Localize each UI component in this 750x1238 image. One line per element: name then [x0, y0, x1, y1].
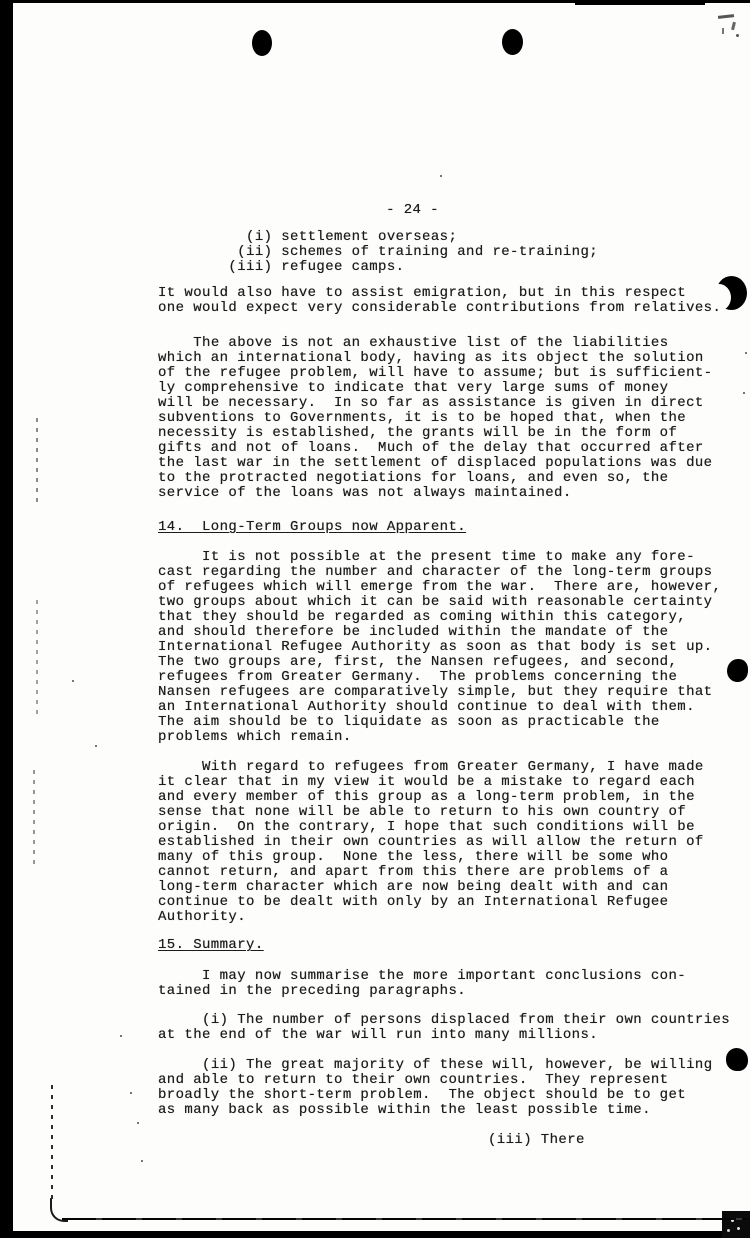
- scan-bottom-edge-bar: [0, 1231, 750, 1238]
- paragraph-liabilities: The above is not an exhaustive list of t…: [158, 336, 733, 501]
- document-text-column: - 24 - (i) settlement overseas; (ii) sch…: [158, 203, 733, 1148]
- page-edge-shadow-line: [62, 1218, 750, 1220]
- scan-corner-smudge: [722, 1211, 750, 1238]
- margin-speck-line-c: [33, 770, 35, 865]
- scan-top-edge-bar-segment: [575, 0, 705, 5]
- scan-speck: [120, 1035, 122, 1037]
- scan-speck: [745, 352, 747, 354]
- liability-list: (i) settlement overseas; (ii) schemes of…: [158, 230, 733, 275]
- scan-speck: [141, 1160, 143, 1162]
- scan-speck: [130, 1092, 132, 1094]
- paragraph-long-term-groups: It is not possible at the present time t…: [158, 550, 733, 745]
- scan-speck: [95, 745, 97, 747]
- page-number: - 24 -: [125, 203, 700, 218]
- page-edge-dashed-line: [51, 1085, 53, 1200]
- section-heading-14: 14. Long-Term Groups now Apparent.: [158, 520, 733, 535]
- margin-speck-line-b: [36, 600, 38, 720]
- margin-speck-line-a: [36, 418, 38, 508]
- scan-speck: [440, 175, 442, 177]
- paragraph-summary-intro: I may now summarise the more important c…: [158, 969, 733, 999]
- section-heading-15: 15. Summary.: [158, 938, 733, 953]
- pencil-smudge: [712, 10, 746, 44]
- scan-speck: [137, 1122, 139, 1124]
- paragraph-emigration: It would also have to assist emigration,…: [158, 286, 733, 316]
- paragraph-greater-germany: With regard to refugees from Greater Ger…: [158, 760, 733, 925]
- punch-hole-left: [252, 30, 272, 56]
- scan-left-edge-bar: [0, 0, 13, 1238]
- page-edge-shadow-curve: [50, 1198, 68, 1222]
- punch-hole-right: [502, 29, 523, 55]
- scan-speck: [743, 392, 745, 394]
- scan-speck: [72, 680, 74, 682]
- conclusion-item-ii: (ii) The great majority of these will, h…: [158, 1058, 733, 1118]
- catchword-next-page: (iii) There: [158, 1133, 733, 1148]
- conclusion-item-i: (i) The number of persons displaced from…: [158, 1013, 733, 1043]
- scanned-document-page: - 24 - (i) settlement overseas; (ii) sch…: [0, 0, 750, 1238]
